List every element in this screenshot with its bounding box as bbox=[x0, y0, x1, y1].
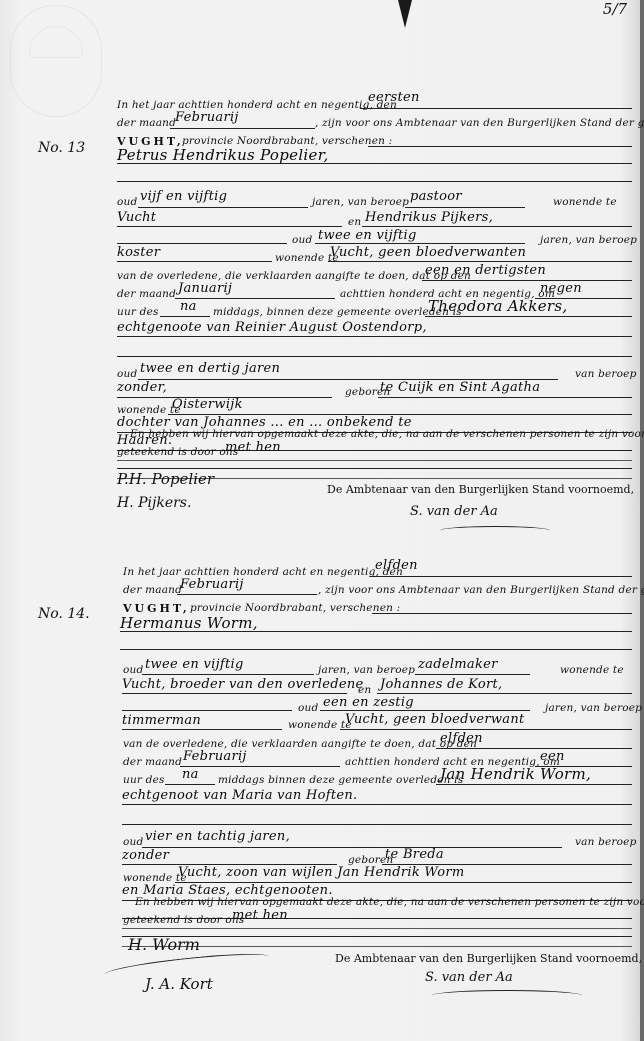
profession-label: jaren, van beroep bbox=[312, 196, 409, 208]
record-day: eersten bbox=[368, 90, 420, 105]
folio-number: 5/7 bbox=[600, 2, 630, 16]
age-label: oud bbox=[117, 196, 137, 208]
official-label: De Ambtenaar van den Burgerlijken Stand … bbox=[327, 483, 634, 496]
deceased-spouse: echtgenoot van Maria van Hoften. bbox=[122, 788, 357, 803]
printed-month-label: der maand bbox=[117, 117, 176, 129]
and-label: en bbox=[348, 216, 361, 228]
signature-declarant-2: J. A. Kort bbox=[145, 975, 213, 993]
closing-line-2: geteekend is door ons bbox=[123, 914, 244, 926]
age-label: oud bbox=[117, 368, 137, 380]
declarant-1-name: Hermanus Worm, bbox=[120, 614, 258, 632]
profession-label: van beroep bbox=[575, 368, 637, 380]
declarant-1-age: twee en vijftig bbox=[145, 657, 244, 672]
death-month: Januarij bbox=[178, 281, 232, 296]
profession-label: van beroep bbox=[575, 836, 637, 848]
deceased-profession: zonder bbox=[122, 848, 169, 863]
deceased-name: Theodora Akkers, bbox=[428, 297, 567, 315]
declarant-2-age: een en zestig bbox=[323, 695, 414, 710]
deceased-name: Jan Hendrik Worm, bbox=[440, 765, 591, 783]
deceased-spouse: echtgenoote van Reinier August Oostendor… bbox=[117, 320, 427, 335]
page-edge bbox=[640, 0, 644, 1041]
printed-line-1: In het jaar achttien honderd acht en neg… bbox=[123, 566, 403, 578]
signature-declarant-2: H. Pijkers. bbox=[117, 495, 191, 511]
official-label: De Ambtenaar van den Burgerlijken Stand … bbox=[335, 952, 642, 965]
official-signature: S. van der Aa bbox=[425, 970, 513, 985]
death-hour: een bbox=[540, 749, 565, 764]
printed-line-2: , zijn voor ons Ambtenaar van den Burger… bbox=[318, 584, 644, 596]
declarant-2-residence: Vucht, geen bloedverwanten bbox=[330, 245, 526, 260]
record-number: No. 13 bbox=[38, 140, 85, 156]
month-label: der maand bbox=[117, 288, 176, 300]
profession-label: jaren, van beroep bbox=[540, 234, 637, 246]
hour-label: uur des bbox=[117, 306, 159, 318]
declarant-1-residence: Vucht, broeder van den overledene bbox=[122, 677, 364, 692]
profession-label: jaren, van beroep bbox=[318, 664, 415, 676]
death-hour: negen bbox=[540, 281, 582, 296]
declarant-1-age: vijf en vijftig bbox=[140, 189, 227, 204]
hour-label: uur des bbox=[123, 774, 165, 786]
deceased-birthplace: te Breda bbox=[385, 847, 444, 862]
printed-line-2: , zijn voor ons Ambtenaar van den Burger… bbox=[315, 117, 644, 129]
closing-signed: met hen bbox=[225, 440, 281, 455]
age-label: oud bbox=[123, 664, 143, 676]
death-day: elfden bbox=[440, 731, 483, 746]
closing-line-1: En hebben wij hiervan opgemaakt deze akt… bbox=[135, 896, 644, 908]
official-signature: S. van der Aa bbox=[410, 504, 498, 519]
hour-part: na bbox=[180, 299, 197, 314]
deceased-residence: Vucht, zoon van wijlen Jan Hendrik Worm bbox=[178, 865, 464, 880]
closing-line-2: geteekend is door ons bbox=[117, 446, 238, 458]
pen-nib-mark bbox=[398, 0, 412, 28]
death-day: een en dertigsten bbox=[425, 263, 546, 278]
age-label: oud bbox=[292, 234, 312, 246]
age-label: oud bbox=[123, 836, 143, 848]
profession-label: jaren, van beroep bbox=[545, 702, 642, 714]
deceased-age: vier en tachtig jaren, bbox=[145, 829, 290, 844]
closing-signed: met hen bbox=[232, 908, 288, 923]
record-month: Februarij bbox=[180, 577, 244, 592]
age-label: oud bbox=[298, 702, 318, 714]
declarant-1-profession: pastoor bbox=[410, 189, 462, 204]
document-page: 5/7 No. 13 In het jaar achttien honderd … bbox=[0, 0, 644, 1041]
declarant-1-name: Petrus Hendrikus Popelier, bbox=[117, 146, 329, 164]
declarant-2-profession: koster bbox=[117, 245, 160, 260]
declarant-2-residence: Vucht, geen bloedverwant bbox=[345, 712, 525, 727]
printed-month-label: der maand bbox=[123, 584, 182, 596]
record-number: No. 14. bbox=[38, 606, 90, 622]
record-day: elfden bbox=[375, 558, 418, 573]
declarant-2-name: Hendrikus Pijkers, bbox=[365, 210, 493, 225]
residing-label: wonende te bbox=[560, 664, 624, 676]
declarant-1-profession: zadelmaker bbox=[418, 657, 498, 672]
record-month: Februarij bbox=[175, 110, 239, 125]
declarant-2-age: twee en vijftig bbox=[318, 228, 417, 243]
signature-declarant-1: H. Worm bbox=[128, 935, 200, 954]
signature-declarant-1: P.H. Popelier bbox=[117, 470, 214, 488]
residing-label: wonende te bbox=[553, 196, 617, 208]
month-label: der maand bbox=[123, 756, 182, 768]
deceased-birthplace: te Cuijk en Sint Agatha bbox=[380, 380, 540, 395]
printed-line-1: In het jaar achttien honderd acht en neg… bbox=[117, 99, 397, 111]
death-place-text: middags binnen deze gemeente overleden i… bbox=[218, 774, 463, 786]
declarant-2-name: Johannes de Kort, bbox=[380, 677, 502, 692]
hour-part: na bbox=[182, 767, 199, 782]
declarant-2-profession: timmerman bbox=[122, 713, 201, 728]
relation-text: van de overledene, die verklaarden aangi… bbox=[123, 738, 477, 750]
closing-line-1: En hebben wij hiervan opgemaakt deze akt… bbox=[130, 428, 644, 440]
relation-text: van de overledene, die verklaarden aangi… bbox=[117, 270, 471, 282]
deceased-profession: zonder, bbox=[117, 380, 167, 395]
province-text: provincie Noordbrabant, verschenen : bbox=[190, 602, 400, 614]
deceased-residence: Oisterwijk bbox=[172, 397, 243, 412]
deceased-age: twee en dertig jaren bbox=[140, 361, 280, 376]
death-month: Februarij bbox=[183, 749, 247, 764]
declarant-1-residence: Vucht bbox=[117, 210, 156, 225]
embossed-seal bbox=[10, 5, 102, 117]
